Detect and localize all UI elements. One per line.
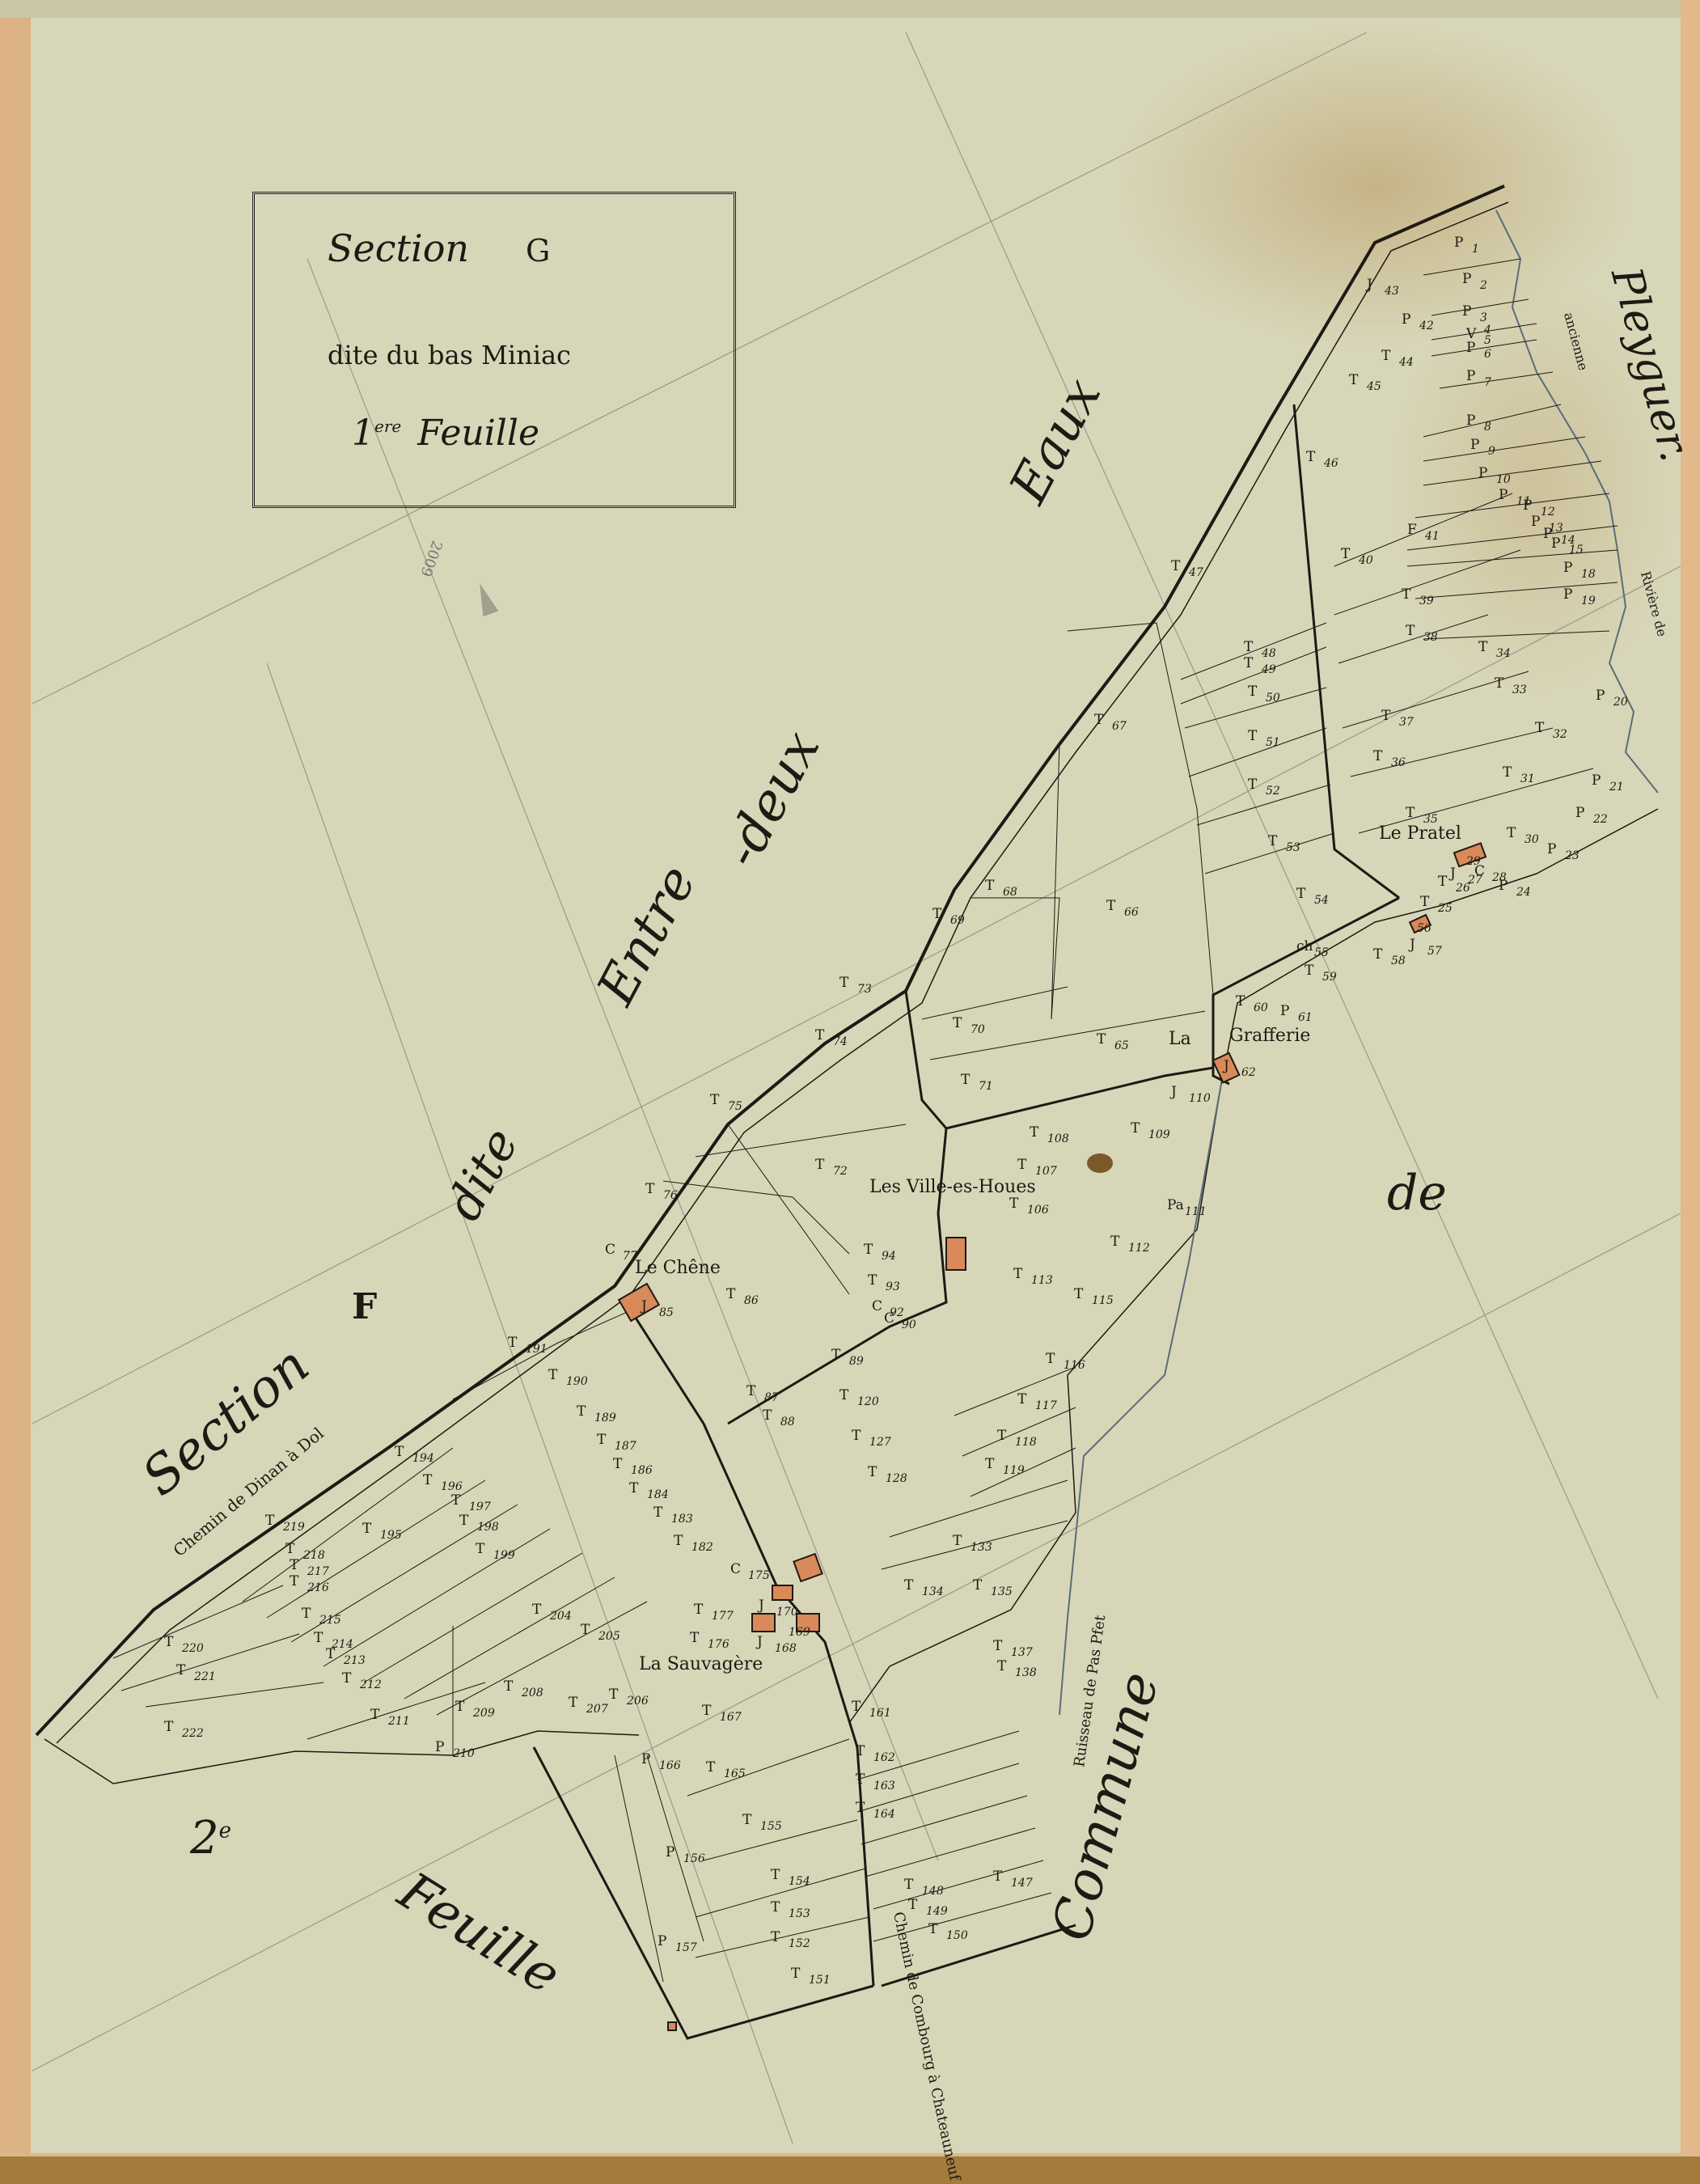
parcel-number: 148 [922, 1885, 944, 1898]
parcel-number: 162 [873, 1751, 895, 1764]
parcel-culture-code: T [815, 1157, 824, 1173]
parcel-culture-code: P [1462, 271, 1471, 287]
feuille2-sup: e [219, 1818, 231, 1843]
parcel-culture-code: T [459, 1513, 468, 1529]
parcel-culture-code: T [1406, 623, 1415, 639]
parcel-number: 157 [675, 1941, 697, 1954]
parcel-culture-code: J [1410, 937, 1415, 953]
parcel-culture-code: P [1531, 514, 1540, 530]
parcel-culture-code: J [759, 1598, 764, 1614]
parcel-culture-code: T [771, 1867, 780, 1883]
parcel-culture-code: T [314, 1630, 323, 1646]
parcel-culture-code: T [771, 1929, 780, 1945]
parcel-culture-code: T [726, 1286, 735, 1302]
parcel-number: 89 [849, 1355, 864, 1368]
parcel-number: 12 [1541, 506, 1555, 518]
parcel-number: 53 [1286, 841, 1300, 854]
parcel-culture-code: T [423, 1472, 432, 1488]
parcel-culture-code: T [993, 1638, 1002, 1654]
parcel-culture-code: T [928, 1921, 937, 1937]
parcel-culture-code: J [1224, 1058, 1229, 1074]
parcel-culture-code: T [1017, 1391, 1026, 1407]
parcel-number: 43 [1385, 285, 1399, 298]
parcel-number: 112 [1128, 1242, 1150, 1255]
parcel-culture-code: T [908, 1897, 917, 1913]
parcel-culture-code: T [1349, 372, 1358, 388]
parcel-number: 205 [598, 1630, 620, 1643]
parcel-culture-code: T [674, 1533, 683, 1549]
parcel-culture-code: T [985, 1456, 994, 1472]
parcel-culture-code: T [856, 1743, 865, 1759]
parcel-number: 28 [1492, 871, 1507, 884]
parcel-number: 73 [857, 983, 872, 996]
parcel-culture-code: T [690, 1630, 699, 1646]
parcel-number: 220 [182, 1642, 204, 1655]
parcel-number: 169 [789, 1626, 810, 1639]
parcel-number: 18 [1581, 568, 1596, 581]
parcel-culture-code: T [164, 1634, 173, 1650]
parcel-culture-code: J [641, 1298, 647, 1314]
parcel-culture-code: T [1268, 833, 1277, 849]
parcel-culture-code: T [1097, 1031, 1106, 1048]
parcel-number: 186 [631, 1464, 653, 1477]
parcel-culture-code: T [164, 1719, 173, 1735]
parcel-number: 155 [760, 1820, 782, 1833]
parcel-number: 58 [1391, 954, 1406, 967]
parcel-culture-code: T [856, 1771, 865, 1788]
parcel-number: 41 [1425, 530, 1440, 543]
parcel-number: 71 [979, 1080, 993, 1093]
parcel-culture-code: J [757, 1634, 763, 1650]
parcel-culture-code: T [613, 1456, 622, 1472]
parcel-culture-code: T [852, 1428, 861, 1444]
parcel-number: 189 [594, 1412, 616, 1424]
parcel-culture-code: J [1171, 1084, 1177, 1100]
parcel-culture-code: T [904, 1877, 913, 1893]
parcel-number: 29 [1466, 855, 1481, 868]
parcel-number: 54 [1314, 894, 1329, 907]
parcel-number: 93 [886, 1280, 900, 1293]
parcel-number: 167 [720, 1711, 742, 1724]
parcel-number: 138 [1015, 1666, 1037, 1679]
parcel-culture-code: T [815, 1027, 824, 1043]
parcel-number: 56 [1417, 922, 1431, 935]
parcel-culture-code: T [1503, 764, 1512, 781]
parcel-culture-code: T [597, 1432, 606, 1448]
parcel-culture-code: T [1171, 558, 1180, 574]
parcel-culture-code: T [868, 1272, 877, 1289]
parcel-number: 137 [1011, 1646, 1033, 1659]
parcel-culture-code: T [706, 1759, 715, 1776]
parcel-culture-code: T [1507, 825, 1516, 841]
parcel-culture-code: T [265, 1513, 274, 1529]
parcel-number: 168 [775, 1642, 797, 1655]
parcel-culture-code: T [1495, 675, 1503, 692]
parcel-number: 207 [586, 1703, 608, 1716]
parcel-number: 1 [1472, 243, 1479, 256]
parcel-culture-code: P [1466, 340, 1475, 356]
parcel-culture-code: T [1244, 655, 1253, 671]
parcel-culture-code: T [1406, 805, 1415, 821]
parcel-number: 119 [1003, 1464, 1025, 1477]
parcel-culture-code: T [710, 1092, 719, 1108]
parcel-culture-code: C [872, 1298, 882, 1314]
parcel-culture-code: P [1547, 841, 1556, 857]
parcel-number: 65 [1114, 1039, 1129, 1052]
sheet-word: Feuille [417, 413, 539, 454]
parcel-culture-code: T [1402, 586, 1410, 603]
parcel-number: 68 [1003, 886, 1017, 899]
label-feuille2-num: 2e [190, 1812, 231, 1864]
parcel-culture-code: P [1280, 1003, 1289, 1019]
title-cartouche: SectionG dite du bas Miniac 1ereFeuille [252, 192, 736, 508]
parcel-number: 184 [647, 1488, 669, 1501]
parcel-culture-code: T [791, 1966, 800, 1982]
parcel-culture-code: T [742, 1812, 751, 1828]
parcel-number: 49 [1262, 663, 1276, 676]
parcel-number: 66 [1124, 906, 1139, 919]
parcel-culture-code: C [605, 1242, 615, 1258]
parcel-number: 195 [380, 1529, 402, 1542]
parcel-number: 156 [683, 1852, 705, 1865]
parcel-culture-code: T [1013, 1266, 1022, 1282]
parcel-culture-code: P [1470, 437, 1479, 453]
parcel-culture-code: T [932, 906, 941, 922]
parcel-number: 161 [869, 1707, 891, 1720]
parcel-number: 31 [1520, 772, 1535, 785]
parcel-culture-code: T [1478, 639, 1487, 655]
parcel-culture-code: T [1306, 449, 1315, 465]
parcel-culture-code: T [1094, 712, 1103, 728]
title-subtitle: dite du bas Miniac [328, 340, 806, 370]
parcel-culture-code: P [1499, 487, 1508, 503]
parcel-number: 75 [728, 1100, 742, 1113]
parcel-number: 183 [671, 1513, 693, 1526]
parcel-culture-code: T [302, 1606, 311, 1622]
parcel-number: 166 [659, 1759, 681, 1772]
parcel-number: 90 [902, 1318, 916, 1331]
place-name: Le Pratel [1379, 823, 1461, 844]
parcel-culture-code: P [641, 1751, 650, 1767]
parcel-culture-code: T [569, 1695, 577, 1711]
parcel-number: 108 [1047, 1132, 1069, 1145]
parcel-culture-code: T [1420, 894, 1429, 910]
parcel-number: 2 [1480, 279, 1487, 292]
parcel-culture-code: P [1551, 535, 1560, 552]
parcel-number: 208 [522, 1687, 543, 1699]
parcel-number: 48 [1262, 647, 1276, 660]
parcel-culture-code: P [1466, 413, 1475, 429]
parcel-culture-code: T [973, 1577, 982, 1594]
parcel-number: 150 [946, 1929, 968, 1942]
parcel-culture-code: T [508, 1335, 517, 1351]
parcel-culture-code: P [1596, 688, 1605, 704]
parcel-number: 212 [360, 1678, 382, 1691]
parcel-number: 67 [1112, 720, 1127, 733]
parcel-number: 45 [1367, 380, 1381, 393]
parcel-culture-code: T [581, 1622, 590, 1638]
parcel-culture-code: T [455, 1699, 464, 1715]
parcel-number: 25 [1438, 902, 1453, 915]
place-name: Le Chêne [635, 1258, 721, 1278]
place-name: La Sauvagère [639, 1654, 763, 1674]
parcel-culture-code: T [694, 1602, 703, 1618]
label-section-f-letter: F [352, 1286, 377, 1327]
parcel-culture-code: T [1381, 708, 1390, 724]
parcel-number: 198 [477, 1521, 499, 1534]
parcel-number: 135 [991, 1585, 1013, 1598]
parcel-number: 170 [776, 1606, 798, 1619]
parcel-culture-code: P [1466, 368, 1475, 384]
parcel-culture-code: Pa [1167, 1197, 1184, 1213]
parcel-number: 94 [882, 1250, 896, 1263]
parcel-number: 21 [1609, 781, 1624, 794]
parcel-number: 5 [1484, 334, 1491, 347]
parcel-culture-code: T [953, 1533, 962, 1549]
parcel-number: 77 [623, 1250, 637, 1263]
parcel-culture-code: T [1373, 946, 1382, 963]
parcel-number: 20 [1613, 696, 1628, 709]
sheet-number: 1 [352, 413, 374, 454]
parcel-number: 197 [469, 1500, 491, 1513]
parcel-number: 113 [1031, 1274, 1053, 1287]
parcel-culture-code: P [1402, 311, 1410, 328]
parcel-number: 61 [1298, 1011, 1313, 1024]
parcel-culture-code: T [839, 1387, 848, 1403]
parcel-culture-code: T [1248, 684, 1257, 700]
parcel-culture-code: T [653, 1505, 662, 1521]
parcel-number: 151 [809, 1974, 831, 1987]
parcel-number: 76 [663, 1189, 678, 1202]
parcel-number: 199 [493, 1549, 515, 1562]
parcel-number: 163 [873, 1780, 895, 1792]
parcel-number: 57 [1427, 945, 1442, 958]
parcel-culture-code: T [1296, 886, 1305, 902]
parcel-culture-code: T [1535, 720, 1544, 736]
parcel-number: 7 [1484, 376, 1491, 389]
parcel-number: 9 [1488, 445, 1495, 458]
parcel-culture-code: T [476, 1541, 484, 1557]
parcel-number: 87 [764, 1391, 779, 1404]
parcel-number: 221 [194, 1670, 216, 1683]
parcel-number: 147 [1011, 1877, 1033, 1890]
building-footprints [619, 843, 1486, 2030]
parcel-culture-code: T [1438, 874, 1447, 890]
parcel-culture-code: T [290, 1573, 298, 1589]
parcel-number: 69 [950, 914, 965, 927]
parcel-number: 33 [1512, 684, 1527, 696]
parcel-number: 8 [1484, 421, 1491, 434]
feuille2-number: 2 [190, 1812, 219, 1864]
parcel-number: 116 [1064, 1359, 1085, 1372]
parcel-number: 153 [789, 1907, 810, 1920]
parcel-number: 194 [412, 1452, 434, 1465]
parcel-number: 30 [1525, 833, 1539, 846]
parcel-number: 164 [873, 1808, 895, 1821]
parcel-number: 62 [1241, 1066, 1256, 1079]
parcel-culture-code: T [451, 1492, 460, 1509]
parcel-culture-code: T [993, 1869, 1002, 1885]
parcel-culture-code: T [1248, 728, 1257, 744]
parcel-culture-code: P [1462, 303, 1471, 320]
parcel-number: 40 [1359, 554, 1373, 567]
parcel-culture-code: T [1381, 348, 1390, 364]
parcel-number: 109 [1148, 1128, 1170, 1141]
parcel-culture-code: T [1106, 898, 1115, 914]
parcel-culture-code: T [577, 1403, 586, 1420]
parcel-number: 165 [724, 1767, 746, 1780]
parcel-number: 149 [926, 1905, 948, 1918]
parcel-number: 19 [1581, 595, 1596, 607]
parcel-number: 176 [708, 1638, 729, 1651]
parcel-number: 86 [744, 1294, 759, 1307]
parcel-number: 24 [1516, 886, 1531, 899]
parcel-number: 59 [1322, 971, 1337, 984]
parcel-culture-code: T [1074, 1286, 1083, 1302]
parcel-number: 47 [1189, 566, 1203, 579]
parcel-number: 218 [303, 1549, 325, 1562]
parcel-culture-code: T [997, 1428, 1006, 1444]
parcel-culture-code: T [1110, 1234, 1119, 1250]
parcel-culture-code: T [953, 1015, 962, 1031]
parcel-culture-code: P [1478, 465, 1487, 481]
parcel-number: 92 [890, 1306, 904, 1319]
parcel-culture-code: T [904, 1577, 913, 1594]
parcel-culture-code: T [609, 1687, 618, 1703]
title-section-letter: G [526, 233, 550, 269]
parcel-number: 6 [1484, 348, 1491, 361]
parcel-number: 10 [1496, 473, 1511, 486]
parcel-number: 127 [869, 1436, 891, 1449]
parcel-number: 37 [1399, 716, 1414, 729]
parcel-number: 211 [388, 1715, 410, 1728]
parcel-number: 110 [1189, 1092, 1211, 1105]
parcel-number: 177 [712, 1610, 734, 1623]
parcel-number: 42 [1419, 320, 1434, 332]
parcel-number: 134 [922, 1585, 944, 1598]
parcel-number: 35 [1423, 813, 1438, 826]
parcel-number: 154 [789, 1875, 810, 1888]
parcel-culture-code: T [856, 1800, 865, 1816]
parcel-number: 85 [659, 1306, 674, 1319]
parcel-culture-code: ch [1296, 938, 1313, 954]
parcel-number: 215 [319, 1614, 341, 1627]
parcel-culture-code: P [1575, 805, 1584, 821]
parcel-number: 219 [283, 1521, 305, 1534]
place-name: La [1169, 1029, 1191, 1049]
parcel-number: 209 [473, 1707, 495, 1720]
parcel-culture-code: T [645, 1181, 654, 1197]
parcel-culture-code: T [702, 1703, 711, 1719]
parcel-number: 51 [1266, 736, 1280, 749]
place-name: Grafferie [1229, 1026, 1310, 1046]
parcel-number: 190 [566, 1375, 588, 1388]
parcel-number: 217 [307, 1565, 329, 1578]
parcel-number: 133 [971, 1541, 992, 1554]
parcel-culture-code: T [1305, 963, 1313, 979]
parcel-culture-code: T [290, 1557, 298, 1573]
parcel-culture-code: T [370, 1707, 379, 1723]
parcel-culture-code: P [666, 1844, 675, 1860]
parcel-culture-code: T [504, 1678, 513, 1695]
ink-blot [1087, 1153, 1113, 1173]
parcel-culture-code: P [1592, 772, 1601, 789]
parcel-culture-code: T [532, 1602, 541, 1618]
parcel-number: 74 [833, 1035, 848, 1048]
parcel-culture-code: F [1407, 522, 1417, 538]
parcel-culture-code: T [629, 1480, 638, 1496]
parcel-culture-code: P [435, 1739, 444, 1755]
parcel-culture-code: T [548, 1367, 557, 1383]
parcel-number: 107 [1035, 1165, 1057, 1178]
parcel-number: 216 [307, 1581, 329, 1594]
parcel-number: 34 [1496, 647, 1511, 660]
parcel-number: 111 [1185, 1205, 1207, 1218]
parcel-culture-code: T [1017, 1157, 1026, 1173]
parcel-culture-code: T [1009, 1196, 1018, 1212]
parcel-culture-code: T [852, 1699, 861, 1715]
parcel-culture-code: C [730, 1561, 741, 1577]
parcel-number: 36 [1391, 756, 1406, 769]
parcel-number: 117 [1035, 1399, 1057, 1412]
parcel-culture-code: T [746, 1383, 755, 1399]
parcel-number: 196 [441, 1480, 463, 1493]
parcel-number: 39 [1419, 595, 1434, 607]
parcel-number: 191 [526, 1343, 548, 1356]
parcel-number: 88 [780, 1416, 795, 1428]
title-sheet-number: 1ereFeuille [352, 413, 831, 454]
parcel-culture-code: T [1046, 1351, 1055, 1367]
title-section: SectionG [328, 226, 806, 270]
parcel-culture-code: T [1236, 993, 1245, 1009]
parcel-number: 3 [1480, 311, 1487, 324]
parcel-number: 120 [857, 1395, 879, 1408]
parcel-number: 52 [1266, 785, 1280, 798]
parcel-culture-code: T [997, 1658, 1006, 1674]
parcel-number: 60 [1254, 1001, 1268, 1014]
title-section-word: Section [328, 226, 469, 270]
parcel-number: 106 [1027, 1204, 1049, 1217]
place-name: Les Ville-es-Houes [869, 1177, 1036, 1197]
parcel-culture-code: T [1248, 777, 1257, 793]
parcel-culture-code: T [868, 1464, 877, 1480]
parcel-culture-code: T [285, 1541, 294, 1557]
parcel-number: 55 [1314, 946, 1329, 959]
parcel-culture-code: T [395, 1444, 404, 1460]
parcel-culture-code: T [763, 1407, 772, 1424]
label-de: de [1387, 1165, 1447, 1221]
parcel-number: 32 [1553, 728, 1567, 741]
parcel-number: 118 [1015, 1436, 1037, 1449]
parcel-culture-code: T [839, 975, 848, 991]
parcel-number: 22 [1593, 813, 1608, 826]
parcel-culture-code: J [1367, 277, 1372, 293]
parcel-number: 72 [833, 1165, 848, 1178]
parcel-number: 44 [1399, 356, 1414, 369]
parcel-number: 210 [453, 1747, 475, 1760]
parcel-culture-code: T [176, 1662, 185, 1678]
parcel-culture-code: P [1563, 560, 1572, 576]
parcel-number: 182 [691, 1541, 713, 1554]
parcel-number: 70 [971, 1023, 985, 1036]
parcel-number: 46 [1324, 457, 1338, 470]
parcel-number: 50 [1266, 692, 1280, 705]
parcel-culture-code: T [985, 878, 994, 894]
parcel-number: 152 [789, 1937, 810, 1950]
parcel-culture-code: T [1244, 639, 1253, 655]
parcel-culture-code: T [1341, 546, 1350, 562]
parcel-number: 15 [1569, 544, 1584, 557]
